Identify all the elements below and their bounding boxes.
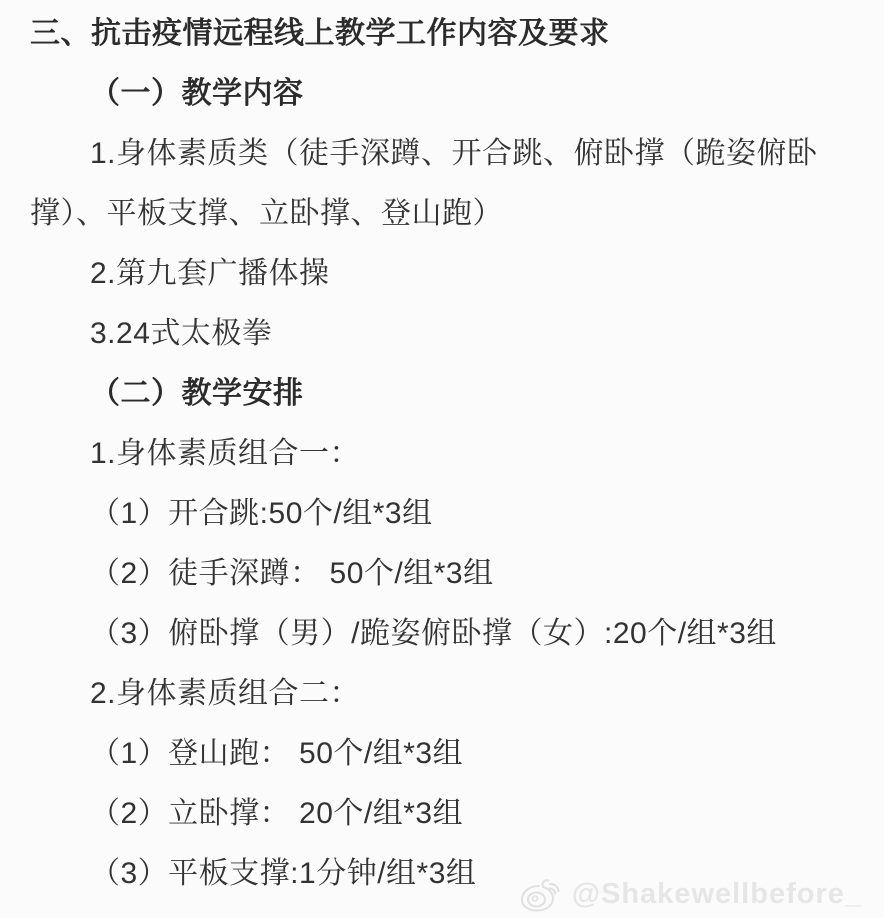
section1-item2: 2.第九套广播体操 <box>30 244 858 304</box>
group2-title: 2.身体素质组合二： <box>30 664 858 724</box>
group2-item-3: （3）平板支撑:1分钟/组*3组 <box>30 844 858 904</box>
section1-item1-line2: 撑）、平板支撑、立卧撑、登山跑） <box>30 184 858 244</box>
group2-item-2: （2）立卧撑： 20个/组*3组 <box>30 784 858 844</box>
group1-item-2: （2）徒手深蹲： 50个/组*3组 <box>30 544 858 604</box>
group1-item-3: （3）俯卧撑（男）/跪姿俯卧撑（女）:20个/组*3组 <box>30 604 858 664</box>
group1-item-1: （1）开合跳:50个/组*3组 <box>30 484 858 544</box>
group1-title: 1.身体素质组合一： <box>30 424 858 484</box>
section1-title: （一）教学内容 <box>30 64 858 124</box>
doc-heading: 三、抗击疫情远程线上教学工作内容及要求 <box>30 4 858 64</box>
section1-item1-line1: 1.身体素质类（徒手深蹲、开合跳、俯卧撑（跪姿俯卧 <box>30 124 858 184</box>
document-page: 三、抗击疫情远程线上教学工作内容及要求 （一）教学内容 1.身体素质类（徒手深蹲… <box>30 4 858 904</box>
section1-item3: 3.24式太极拳 <box>30 304 858 364</box>
group2-item-1: （1）登山跑： 50个/组*3组 <box>30 724 858 784</box>
section2-title: （二）教学安排 <box>30 364 858 424</box>
